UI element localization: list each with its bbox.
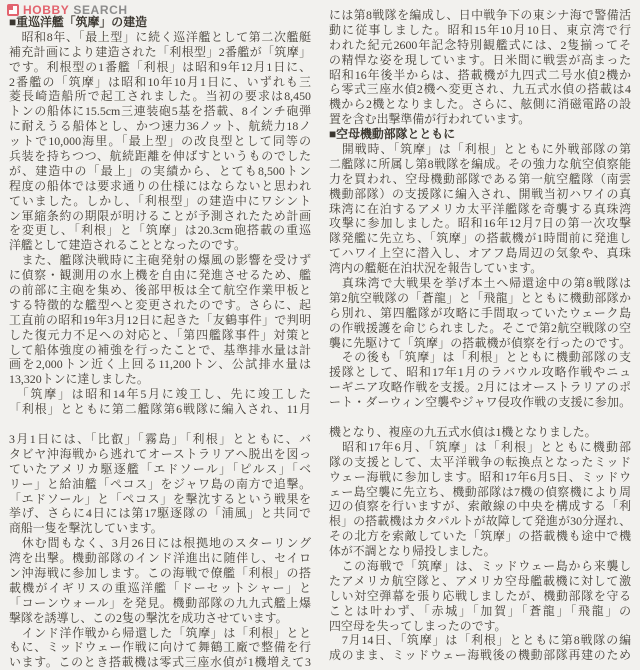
text-line: を変更し、「利根」と「筑摩」は20.3cm砲搭載の重巡 (9, 223, 311, 238)
text-line: います。このとき搭載機は零式三座水偵が1機増えて3 (9, 655, 311, 670)
text-line: ていました。しかし、「利根型」の建造中にワシント (9, 194, 311, 209)
text-line: 援隊として、昭和17年1月のラバウル攻略作戦やニュ (329, 365, 631, 380)
text-line: ート・ダーウィン空襲やジャワ侵攻作戦の支援に参加。 (329, 395, 631, 410)
text-line: その後も「筑摩」は「利根」とともに機動部隊の支 (329, 350, 631, 365)
text-line: てハワイ上空に潜入し、オアフ島周辺の気象や、真珠 (329, 246, 631, 261)
text-line: 襲に先駆けて「筑摩」の搭載機が偵察を行ったのです。 (329, 336, 631, 351)
text-line: 機となり、複座の九五式水偵は1機となりました。 (329, 425, 631, 440)
text-line: 昭和8年、「最上型」に続く巡洋艦として第二次艦艇 (9, 30, 311, 45)
article-right-column: には第8戦隊を編成し、日中戦争下の東シナ海で警備活動に従事しました。昭和15年1… (329, 8, 631, 663)
text-line: 成のまま、ミッドウェー海戦後の機動部隊再建のため (329, 648, 631, 663)
text-line: 挙げ、さらに4日には第17駆逐隊の「浦風」と共同で (9, 506, 311, 521)
text-line: 昭和17年6月、「筑摩」は「利根」とともに機動部 (329, 440, 631, 455)
text-line: また、艦隊決戦時に主砲発射の爆風の影響を受けず (9, 253, 311, 268)
text-line: ていたアメリカ駆逐艦「エドソール」「ピルス」「ベ (9, 462, 311, 477)
text-line: 昭和16年後半からは、搭載機が九四式二号水偵2機か (329, 68, 631, 83)
scanned-document-page: { "page": { "background_color": "#f2f1ee… (0, 0, 640, 670)
text-line: 機動部隊）の支援隊に編入され、開戦当初ハワイの真 (329, 187, 631, 202)
text-line: 「コーンウォール」を発見。機動部隊の九九式艦上爆 (9, 596, 311, 611)
text-line: ン軍縮条約の期限が明けることが予測されたため計画 (9, 209, 311, 224)
text-line: 撃隊を誘導し、この2隻の撃沈を成功させています。 (9, 611, 311, 626)
text-line: もに、ミッドウェー作戦に向けて舞鶴工廠で整備を行 (9, 640, 311, 655)
text-line: 「利根」とともに第二艦隊第6戦隊に編入され、11月 (9, 402, 311, 417)
text-line: 辺の偵察を行いますが、索敵線の中央を構成する「利 (329, 499, 631, 514)
text-line: には第8戦隊を編成し、日中戦争下の東シナ海で警備活 (329, 8, 631, 23)
text-line: ら別れ、第四艦隊が攻略に手間取っていたウェーク島 (329, 306, 631, 321)
text-line: 洋艦として建造されることとなったのです。 (9, 238, 311, 253)
text-line: ーギニア攻略作戦を支援。2月にはオーストラリアのポ (329, 380, 631, 395)
text-line: です。利根型の1番艦「利根」は昭和9年12月1日に、 (9, 60, 311, 75)
text-line: する特徴的な艦型へと変更されたのです。さらに、起 (9, 298, 311, 313)
text-line: 「エドソール」と「ペコス」を撃沈するという戦果を (9, 492, 311, 507)
text-line: トンの船体に15.5cm三連装砲5基を搭載、8インチ砲弾 (9, 104, 311, 119)
text-line: 四空母を失ってしまったのです。 (329, 619, 631, 634)
text-line: して船体強度の補強を行ったことで、基準排水量は計 (9, 343, 311, 358)
text-line: 湾内の艦艇在泊状況を報告しています。 (329, 261, 631, 276)
text-line: 載機がイギリスの重巡洋艦「ドーセットシャー」と (9, 581, 311, 596)
text-line: インド洋作戦から帰還した「筑摩」は「利根」とと (9, 626, 311, 641)
text-line: 第2航空戦隊の「蒼龍」と「飛龍」とともに機動部隊か (329, 291, 631, 306)
text-line: した復元力不足への対応と、「第四艦隊事件」対策と (9, 328, 311, 343)
text-line: 画を2,000トン近く上回る11,200トン、公試排水量は (9, 357, 311, 372)
text-line: 商船一隻を撃沈しています。 (9, 521, 311, 536)
text-line: 開戦時、「筑摩」は「利根」とともに外戦部隊の第 (329, 142, 631, 157)
line-gap (9, 417, 311, 432)
text-line: ェー島空襲に先立ち、機動部隊は7機の偵察機により周 (329, 485, 631, 500)
text-line: リー」と給油艦「ペコス」をジャワ島の南方で追撃。 (9, 477, 311, 492)
text-line: の精悍な姿を現しています。日米間に戦雲が高まった (329, 53, 631, 68)
text-line: 兵装を持ちつつ、航続距離を伸ばすというものでした (9, 149, 311, 164)
text-line: 動に従事しました。昭和15年10月10日、東京湾で行 (329, 23, 631, 38)
text-line: その北方を索敵していた「筑摩」の搭載機も途中で機 (329, 529, 631, 544)
text-line: 攻撃に参加しました。昭和16年12月7日の第一次攻撃 (329, 216, 631, 231)
text-line: 真珠湾で大戦果を挙げ本土へ帰還途中の第8戦隊は (329, 276, 631, 291)
text-line: 13,320トンに達しました。 (9, 372, 311, 387)
text-line: 7月14日、「筑摩」は「利根」とともに第8戦隊の編 (329, 633, 631, 648)
text-line: に偵察・観測用の水上機を自由に発進させるため、艦 (9, 268, 311, 283)
text-line: が、建造中の「最上」の実績から、とても8,500トン (9, 164, 311, 179)
text-line: 2番艦の「筑摩」は昭和10年10月1日に、いずれも三 (9, 75, 311, 90)
text-line: この海戦で「筑摩」は、ミッドウェー島から来襲し (329, 559, 631, 574)
text-line: 機から2機となりました。さらに、舷側に消磁電路の設 (329, 97, 631, 112)
text-line: 体が不調となり帰投しました。 (329, 544, 631, 559)
text-line: 力を買われ、空母機動部隊である第一航空艦隊（南雲 (329, 172, 631, 187)
text-line: 珠湾に在泊するアメリカ太平洋艦隊を奇襲する真珠湾 (329, 202, 631, 217)
text-line: の作戦援護を命じられました。そこで第2航空戦隊の空 (329, 321, 631, 336)
text-line: ウェー海戦に参加します。昭和17年6月5日、ミッドウ (329, 470, 631, 485)
text-line: 根」の搭載機はカタパルトが故障して発進が30分遅れ、 (329, 514, 631, 529)
text-line: 補充計画により建造された「利根型」2番艦が「筑摩」 (9, 45, 311, 60)
text-line: 「筑摩」は昭和14年5月に竣工し、先に竣工した (9, 387, 311, 402)
text-line: 3月1日には、「比叡」「霧島」「利根」とともに、バ (9, 432, 311, 447)
text-line: ン沖海戦に参加します。この海戦で僚艦「利根」の搭 (9, 566, 311, 581)
text-line: 程度の船体では要求通りの仕様にはならないと思われ (9, 179, 311, 194)
text-line: 二艦隊に所属し第8戦隊を編成。その強力な航空偵察能 (329, 157, 631, 172)
text-line: 湾を出撃。機動部隊のインド洋進出に随伴し、セイロ (9, 551, 311, 566)
text-line: 置を含む出撃準備が行われています。 (329, 112, 631, 127)
text-line: ら零式三座水偵2機へ変更され、九五式水偵の搭載は4 (329, 82, 631, 97)
line-gap (329, 410, 631, 425)
text-line: タビヤ沖海戦から逃れてオーストラリアへ脱出を図っ (9, 447, 311, 462)
text-line: 工直前の昭和19年3月12日に起きた「友鶴事件」で判明 (9, 313, 311, 328)
text-line: ことは叶わず、「赤城」「加賀」「蒼龍」「飛龍」の (329, 604, 631, 619)
text-line: 隊発艦に先立ち、「筑摩」の搭載機が1時間前に発進し (329, 231, 631, 246)
text-line: しい対空弾幕を張り応戦しましたが、機動部隊を守る (329, 589, 631, 604)
text-line: 隊の支援として、太平洋戦争の転換点となったミッド (329, 455, 631, 470)
section-heading: ■重巡洋艦「筑摩」の建造 (9, 15, 311, 30)
article-left-column: ■重巡洋艦「筑摩」の建造 昭和8年、「最上型」に続く巡洋艦として第二次艦艇補充計… (9, 15, 311, 670)
text-line: たアメリカ航空隊と、アメリカ空母艦載機に対して激 (329, 574, 631, 589)
text-line: ットで10,000海里。「最上型」の改良型として同等の (9, 134, 311, 149)
text-line: 菱長崎造船所で起工されました。当初の要求は8,450 (9, 89, 311, 104)
section-heading: ■空母機動部隊とともに (329, 127, 631, 142)
text-line: 休む間もなく、3月26日には根拠地のスターリング (9, 536, 311, 551)
text-line: に耐えうる船体とし、かつ速力36ノット、航続力18ノ (9, 119, 311, 134)
text-line: の前部に主砲を集め、後部甲板は全て航空作業甲板と (9, 283, 311, 298)
text-line: われた紀元2600年記念特別観艦式には、2隻揃ってそ (329, 38, 631, 53)
